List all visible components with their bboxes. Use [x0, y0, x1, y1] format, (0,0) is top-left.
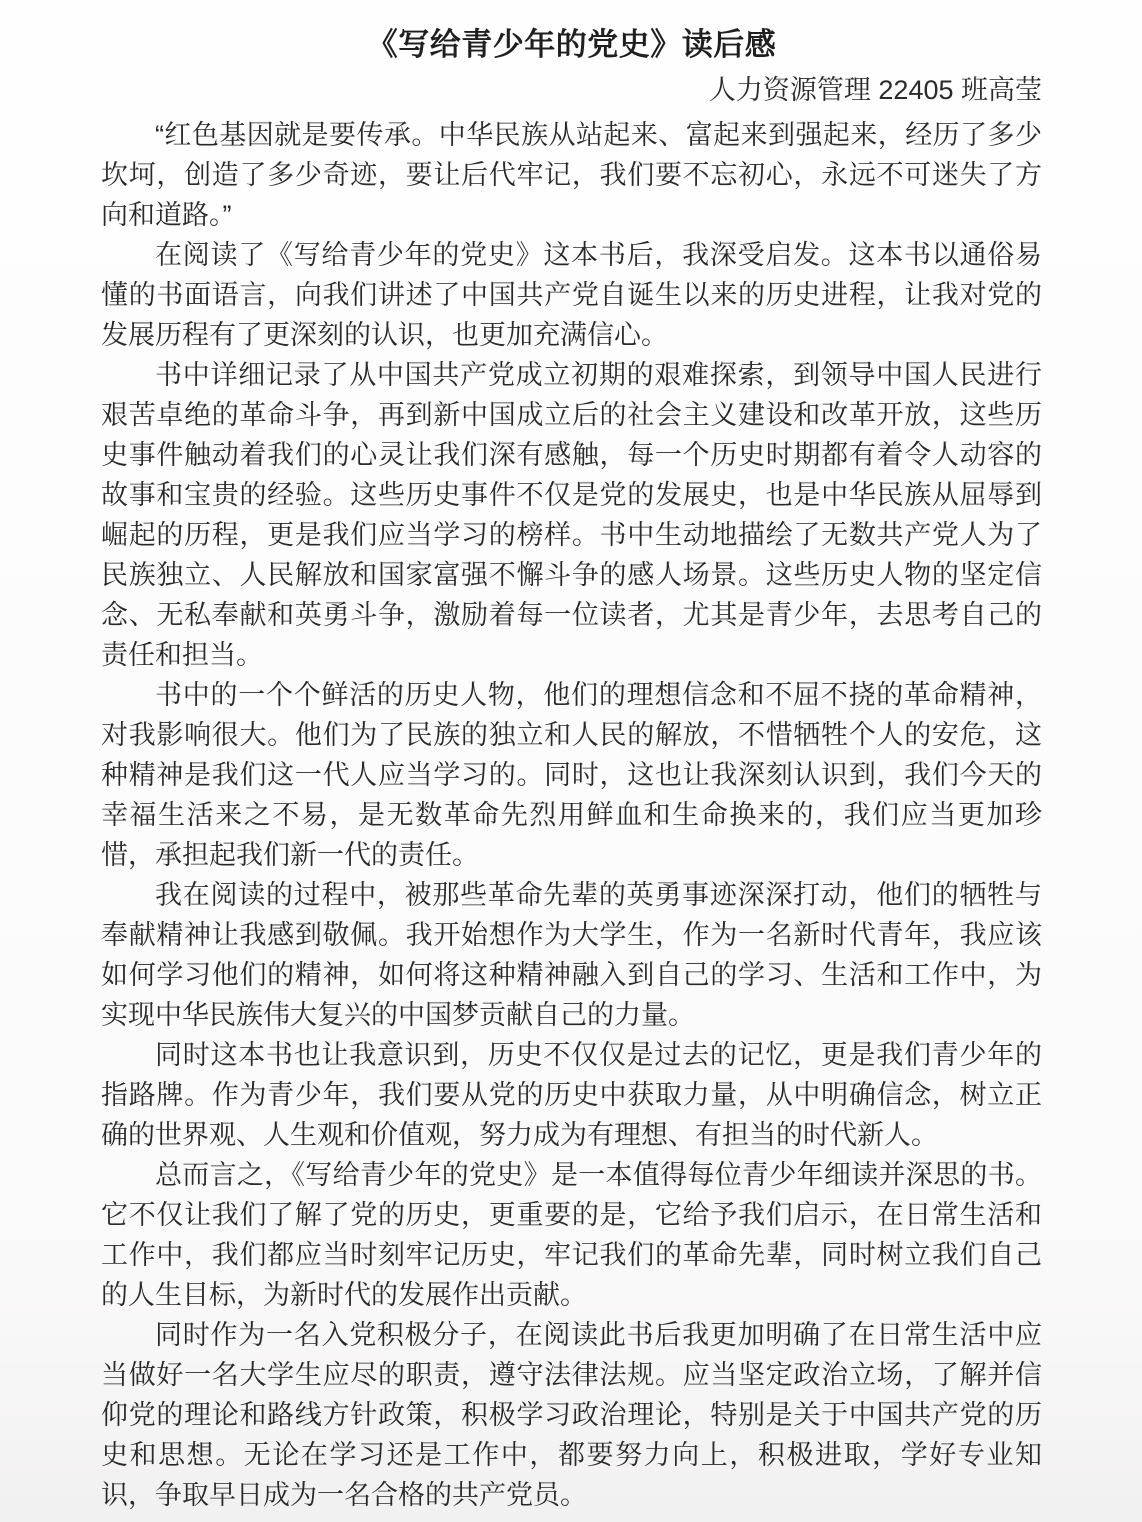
essay-paragraph: 书中的一个个鲜活的历史人物，他们的理想信念和不屈不挠的革命精神，对我影响很大。他… [101, 675, 1042, 875]
essay-title: 《写给青少年的党史》读后感 [101, 22, 1042, 68]
essay-paragraph: 我在阅读的过程中，被那些革命先辈的英勇事迹深深打动，他们的牺牲与奉献精神让我感到… [101, 875, 1042, 1035]
document-page: 《写给青少年的党史》读后感 人力资源管理 22405 班高莹 “红色基因就是要传… [0, 0, 1142, 1522]
essay-paragraph: 书中详细记录了从中国共产党成立初期的艰难探索，到领导中国人民进行艰苦卓绝的革命斗… [101, 355, 1042, 675]
essay-body: “红色基因就是要传承。中华民族从站起来、富起来到强起来，经历了多少坎坷，创造了多… [101, 115, 1042, 1515]
essay-paragraph: 总而言之，《写给青少年的党史》是一本值得每位青少年细读并深思的书。它不仅让我们了… [101, 1155, 1042, 1315]
essay-paragraph: “红色基因就是要传承。中华民族从站起来、富起来到强起来，经历了多少坎坷，创造了多… [101, 115, 1042, 235]
essay-paragraph: 同时这本书也让我意识到，历史不仅仅是过去的记忆，更是我们青少年的指路牌。作为青少… [101, 1035, 1042, 1155]
essay-paragraph: 在阅读了《写给青少年的党史》这本书后，我深受启发。这本书以通俗易懂的书面语言，向… [101, 235, 1042, 355]
essay-paragraph: 同时作为一名入党积极分子，在阅读此书后我更加明确了在日常生活中应当做好一名大学生… [101, 1315, 1042, 1515]
essay-content: 《写给青少年的党史》读后感 人力资源管理 22405 班高莹 “红色基因就是要传… [101, 22, 1042, 1515]
essay-byline: 人力资源管理 22405 班高莹 [101, 68, 1042, 113]
